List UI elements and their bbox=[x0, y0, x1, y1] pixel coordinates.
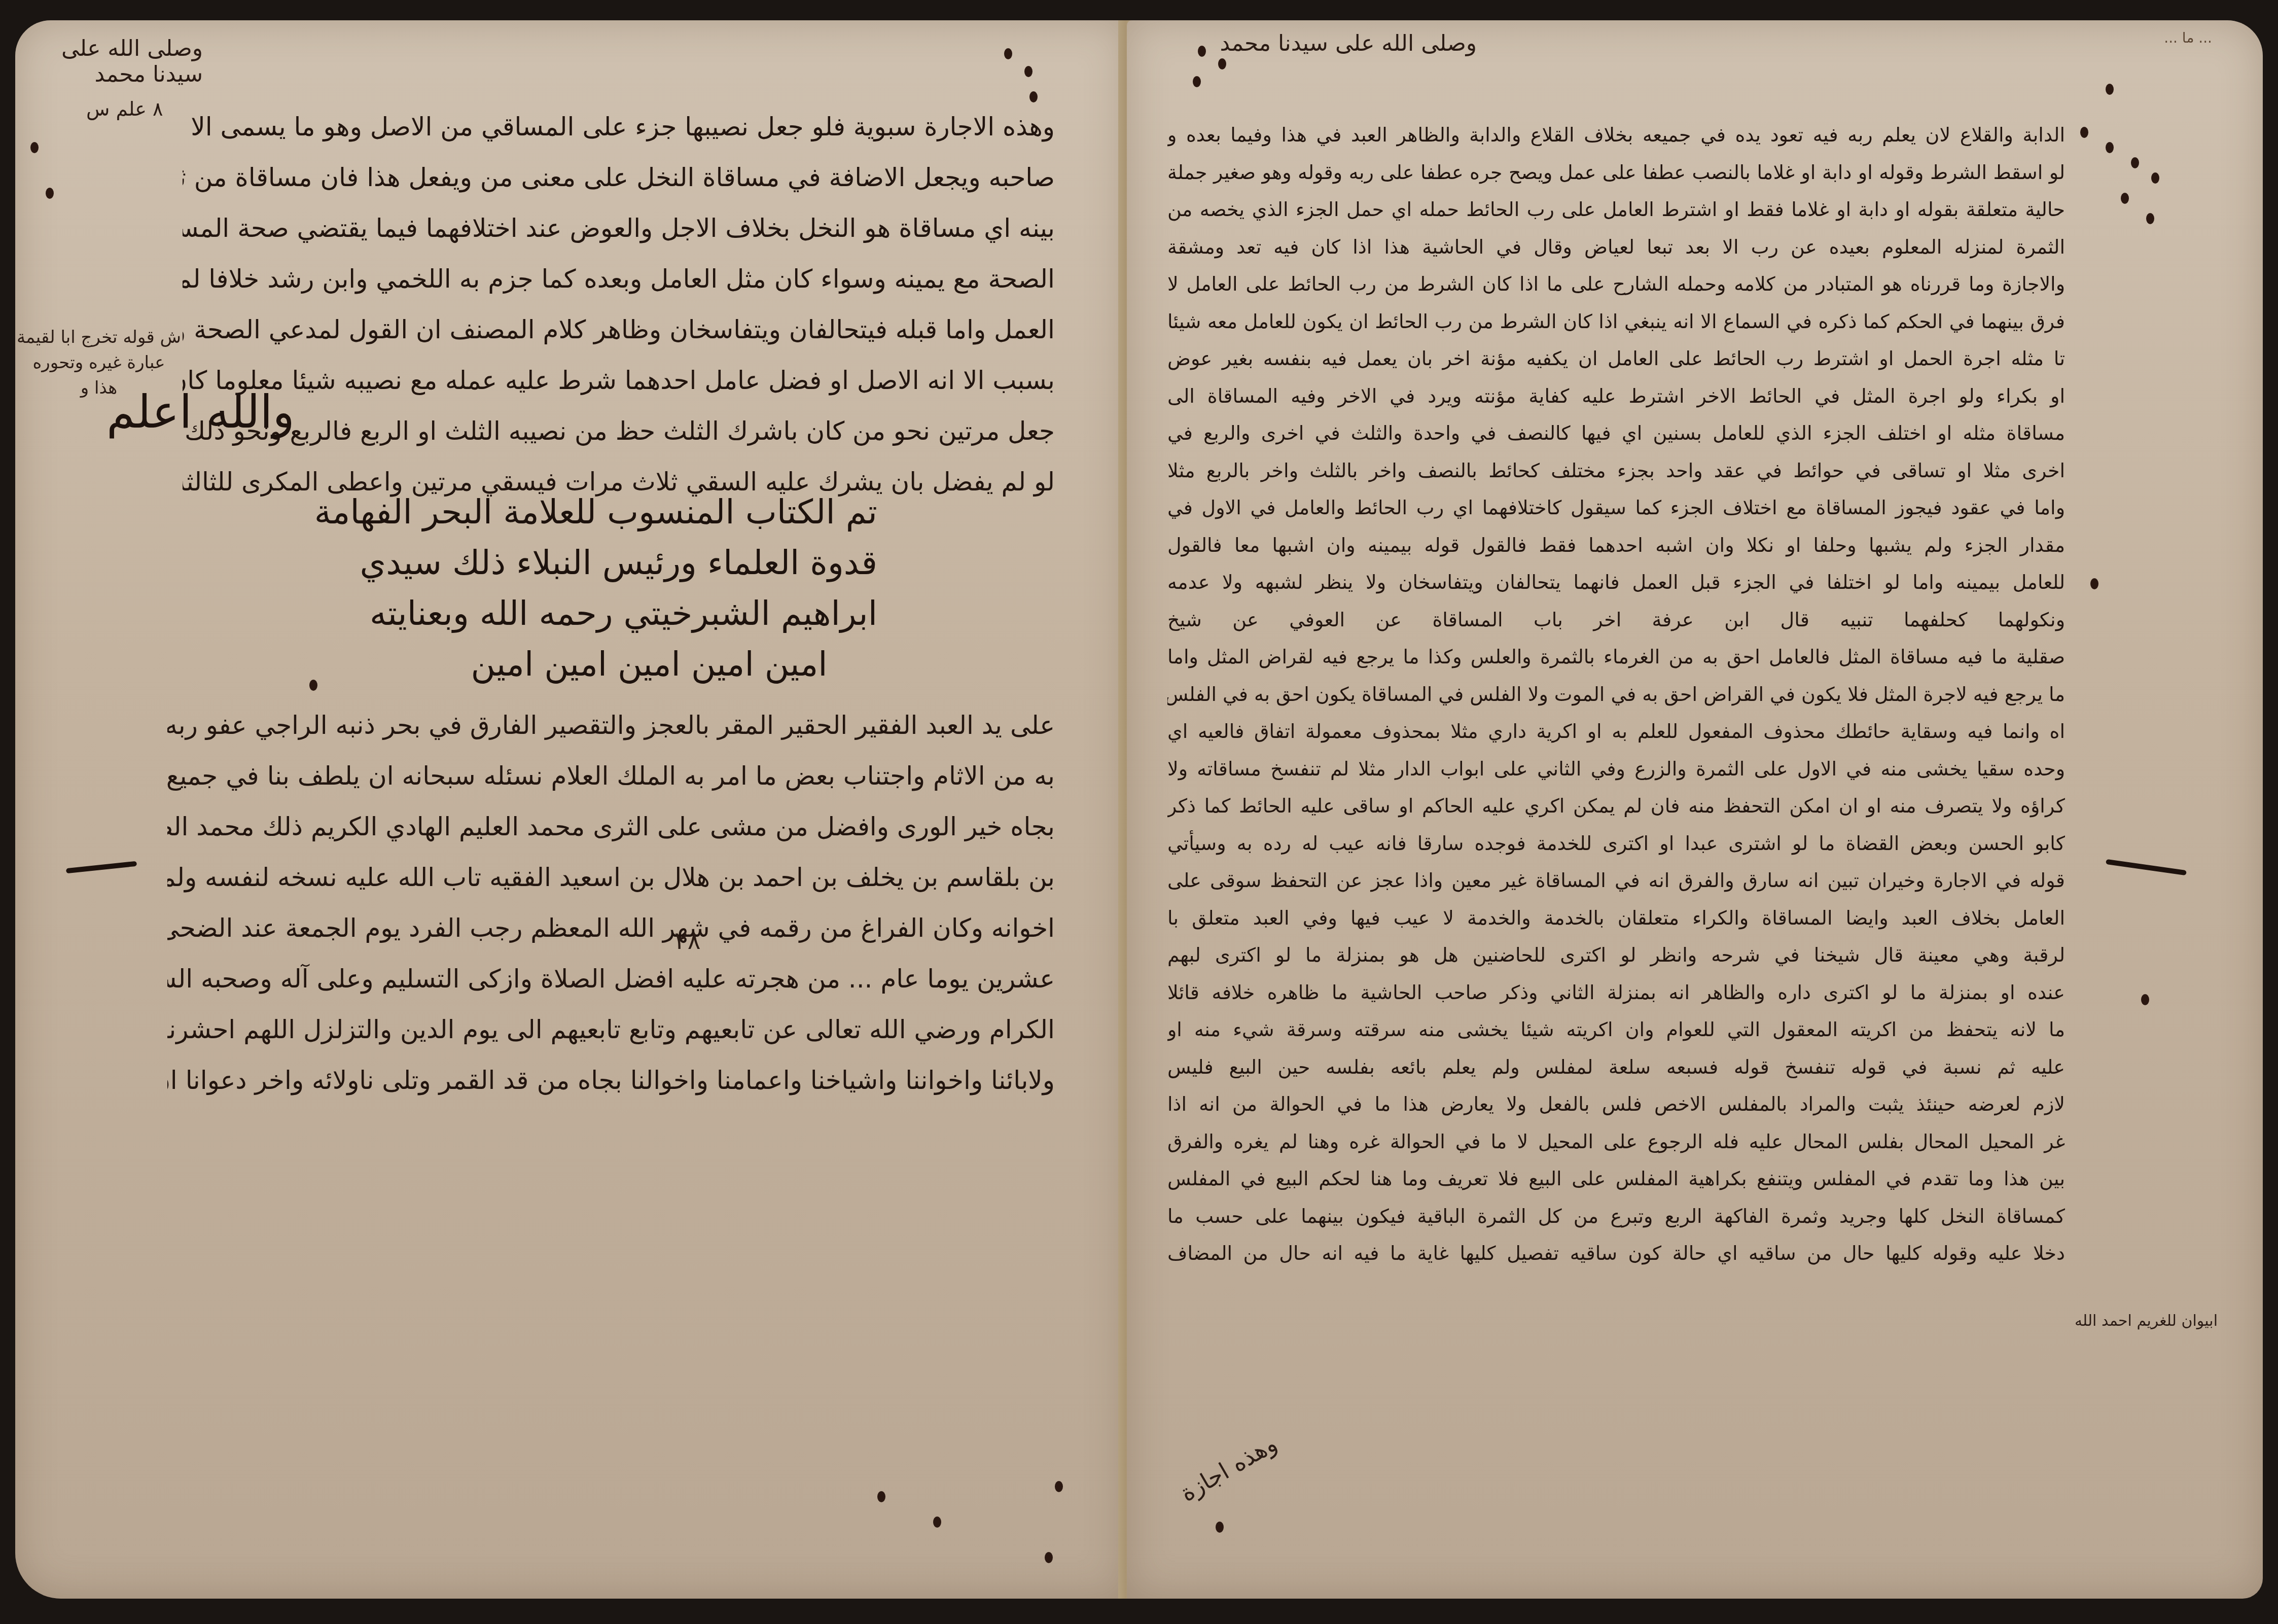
text-line: كراؤه ولا يتصرف منه او ان امكن التحفظ من… bbox=[1167, 788, 2065, 825]
wormhole bbox=[1055, 1481, 1063, 1492]
open-manuscript: وصلى الله على سيدنا محمد ٨ علم س ش قوله … bbox=[0, 0, 2278, 1624]
wormhole bbox=[2106, 142, 2114, 153]
wormhole bbox=[2141, 994, 2149, 1005]
text-line: صقلية ما فيه مساقاة المثل فالعامل احق به… bbox=[1167, 639, 2065, 676]
text-line: صاحبه ويجعل الاضافة في مساقاة النخل على … bbox=[183, 152, 1055, 203]
wormhole bbox=[309, 680, 317, 691]
text-line: به من الاثام واجتناب بعض ما امر به الملك… bbox=[167, 751, 1055, 801]
text-line: الدابة والقلاع لان يعلم ربه فيه تعود يده… bbox=[1167, 117, 2065, 154]
text-line: جعل مرتين نحو من كان باشرك الثلث حظ من ن… bbox=[183, 406, 1055, 456]
wormhole bbox=[1216, 1522, 1224, 1533]
text-line: ولابائنا واخواننا واشياخنا واعمامنا واخو… bbox=[167, 1055, 1055, 1106]
wormhole bbox=[933, 1516, 941, 1528]
text-line: العامل بخلاف العبد وايضا المساقاة والكرا… bbox=[1167, 900, 2065, 937]
text-line: دخلا عليه وقوله كليها حال من ساقيه اي حا… bbox=[1167, 1235, 2065, 1273]
wormhole bbox=[2121, 193, 2129, 204]
scribe-colophon-text: على يد العبد الفقير الحقير المقر بالعجز … bbox=[167, 700, 1055, 1106]
text-line: وحده سقيا يخشى منه في الاول على الثمرة و… bbox=[1167, 751, 2065, 788]
text-line: الصحة مع يمينه وسواء كان مثل العامل وبعد… bbox=[183, 254, 1055, 304]
text-line: لو اسقط الشرط وقوله او دابة او غلاما بال… bbox=[1167, 154, 2065, 192]
text-line: والاجازة وما قررناه هو المتبادر من كلامه… bbox=[1167, 266, 2065, 303]
right-page: وصلى الله على سيدنا محمد ... ما ... الدا… bbox=[1127, 20, 2263, 1599]
right-top-corner-note: ... ما ... bbox=[2164, 25, 2212, 51]
text-line: العمل واما قبله فيتحالفان ويتفاسخان وظاه… bbox=[183, 304, 1055, 355]
wormhole bbox=[46, 188, 54, 199]
wormhole-mark bbox=[66, 861, 137, 874]
wormhole bbox=[1045, 1552, 1053, 1563]
text-line: ما يرجع فيه لاجرة المثل فلا يكون في القر… bbox=[1167, 676, 2065, 714]
text-line: الثمرة لمنزله المعلوم بعيده عن رب الا بع… bbox=[1167, 229, 2065, 266]
text-line: اخرى مثلا او تساقى في حوائط في عقد واحد … bbox=[1167, 452, 2065, 490]
wormhole bbox=[2146, 213, 2154, 224]
wormhole bbox=[877, 1491, 885, 1502]
left-page: وصلى الله على سيدنا محمد ٨ علم س ش قوله … bbox=[15, 20, 1126, 1599]
right-margin-note: ابيوان للغريم احمد الله bbox=[2070, 1309, 2222, 1334]
colophon-line: قدوة العلماء ورئيس النبلاء ذلك سيدي bbox=[421, 538, 877, 588]
margin-note-line: عبارة غيره وتحوره bbox=[15, 350, 183, 375]
wormhole bbox=[2106, 84, 2114, 95]
text-line: عشرين يوما عام ... من هجرته عليه افضل ال… bbox=[167, 954, 1055, 1004]
colophon: تم الكتاب المنسوب للعلامة البحر الفهامة … bbox=[421, 487, 877, 690]
text-line: تا مثله اجرة الحمل او اشترط رب الحائط عل… bbox=[1167, 340, 2065, 378]
text-line: بن بلقاسم بن يخلف بن احمد بن هلال بن اسع… bbox=[167, 852, 1055, 903]
text-line: مساقاة مثله او اختلف الجزء الذي للعامل ب… bbox=[1167, 415, 2065, 452]
text-line: مقدار الجزء ولم يشبها وحلفا او نكلا وان … bbox=[1167, 527, 2065, 564]
text-line: بجاه خير الورى وافضل من مشى على الثرى مح… bbox=[167, 801, 1055, 852]
text-line: بين هذا وما تقدم في المفلس ويتنفع بكراهي… bbox=[1167, 1160, 2065, 1198]
text-line: للعامل بيمينه واما لو اختلفا في الجزء قب… bbox=[1167, 564, 2065, 602]
text-line: ونكولهما كحلفهما تنبيه قال ابن عرفة اخر … bbox=[1167, 602, 2065, 639]
wormhole bbox=[1004, 48, 1012, 59]
text-line: كابو الحسن وبعض القضاة ما لو اشترى عبدا … bbox=[1167, 825, 2065, 863]
colophon-line: ابراهيم الشبرخيتي رحمه الله وبعنايته bbox=[421, 588, 877, 639]
left-body-text: وهذه الاجارة سبوية فلو جعل نصيبها جزء عل… bbox=[183, 101, 1055, 507]
colophon-line: امين امين امين امين امين bbox=[421, 639, 877, 690]
text-line: لرقبة وهي معينة قال شيخنا في شرحه وانظر … bbox=[1167, 937, 2065, 974]
wormhole bbox=[1029, 91, 1038, 102]
colophon-line: تم الكتاب المنسوب للعلامة البحر الفهامة bbox=[421, 487, 877, 538]
text-line: الكرام ورضي الله تعالى عن تابعيهم وتابع … bbox=[167, 1004, 1055, 1055]
text-line: ما لانه يتحفظ من اكريته المعقول التي للع… bbox=[1167, 1011, 2065, 1049]
text-line: اه وانما فيه وسقاية حائطك محذوف المفعول … bbox=[1167, 713, 2065, 751]
wormhole bbox=[2090, 578, 2098, 589]
text-line: اخوانه وكان الفراغ من رقمه في شهر الله ا… bbox=[167, 903, 1055, 954]
left-page-header: وصلى الله على سيدنا محمد bbox=[15, 36, 203, 87]
text-line: قوله في الاجارة وخيران تبين انه سارق وال… bbox=[1167, 862, 2065, 900]
wormhole-mark bbox=[2106, 859, 2187, 875]
text-line: عليه ثم نسبة في قوله تنفسخ قوله فسبعه سل… bbox=[1167, 1049, 2065, 1086]
wormhole bbox=[1198, 46, 1206, 57]
margin-note-line: ش قوله تخرج ابا لقيمة bbox=[15, 325, 183, 350]
wormhole bbox=[1193, 76, 1201, 87]
wormhole bbox=[1024, 66, 1033, 77]
closing-phrase: والله اعلم bbox=[106, 385, 295, 439]
text-line: بينه اي مساقاة هو النخل بخلاف الاجل والع… bbox=[183, 203, 1055, 254]
left-top-margin-note: ٨ علم س bbox=[86, 96, 163, 122]
text-line: واما في عقود فيجوز المساقاة مع اختلاف ال… bbox=[1167, 489, 2065, 527]
text-line: غر المحيل المحال بفلس المحال عليه فله ال… bbox=[1167, 1123, 2065, 1161]
text-line: لازم لعرضه حينئذ يثبت والمراد بالمفلس ال… bbox=[1167, 1086, 2065, 1123]
text-line: على يد العبد الفقير الحقير المقر بالعجز … bbox=[167, 700, 1055, 751]
right-body-text: الدابة والقلاع لان يعلم ربه فيه تعود يده… bbox=[1167, 117, 2065, 1273]
text-line: كمساقاة النخل كلها وجريد وثمرة الفاكهة ا… bbox=[1167, 1198, 2065, 1235]
text-line: او بكراء ولو اجرة المثل في الحائط الاخر … bbox=[1167, 378, 2065, 415]
wormhole bbox=[2080, 127, 2088, 138]
text-line: بسبب الا انه الاصل او فضل عامل احدهما شر… bbox=[183, 355, 1055, 406]
text-line: عنده او بمنزلة ما لو اكترى داره والظاهر … bbox=[1167, 974, 2065, 1012]
wormhole bbox=[2131, 157, 2139, 168]
text-line: حالية متعلقة بقوله او دابة او غلاما فقط … bbox=[1167, 191, 2065, 229]
wormhole bbox=[1218, 58, 1226, 69]
text-line: وهذه الاجارة سبوية فلو جعل نصيبها جزء عل… bbox=[183, 101, 1055, 152]
right-page-header: وصلى الله على سيدنا محمد bbox=[1220, 30, 1477, 56]
footer-note: وهذه اجازة bbox=[1176, 1431, 1282, 1506]
text-line: فرق بينهما في الحكم كما ذكره في السماع ا… bbox=[1167, 303, 2065, 341]
wormhole bbox=[30, 142, 39, 153]
date-note: ٢٨ bbox=[674, 928, 701, 954]
wormhole bbox=[2151, 172, 2159, 184]
